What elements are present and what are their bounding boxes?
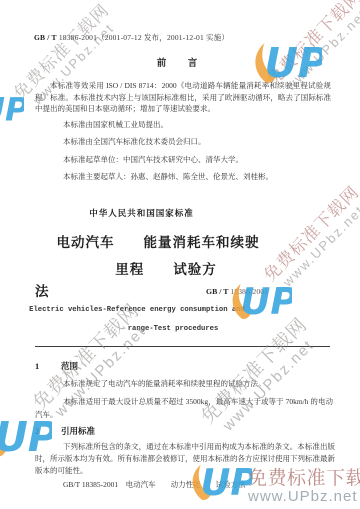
foreword-item-proposer: 本标准由国家机械工业局提出。: [63, 116, 273, 133]
foreword-paragraph: 本标准等效采用 ISO / DIS 8714：2000《电动道路车辆能量消耗率和…: [35, 80, 331, 115]
foreword-item-committee: 本标准由全国汽车标准化技术委员会归口。: [63, 133, 273, 150]
standard-title-line3: 法: [35, 280, 49, 300]
foreword-item-drafters: 本标准主要起草人：孙惠、赵静炜、陈全世、伦景光、刘桂彬。: [63, 168, 273, 185]
standard-number: GB / T 18386-2001: [206, 287, 268, 296]
national-standard-label: 中华人民共和国国家标准: [0, 207, 283, 219]
section-1-heading: 1范围: [35, 360, 78, 372]
foreword-item-drafting-org: 本标准起草单位：中国汽车技术研究中心、清华大学。: [63, 151, 273, 168]
standard-number-prefix: GB / T: [206, 287, 228, 296]
section-1-title: 范围: [61, 361, 78, 371]
standard-title-line1: 电动汽车 能量消耗车和续驶: [0, 231, 316, 251]
standard-title-line2: 里程 试验方: [0, 258, 332, 278]
standard-document-page: GB / T 18386-2001（2001-07-12 发布，2001-12-…: [0, 0, 360, 509]
foreword-title: 前 言: [0, 55, 360, 69]
document-body: GB / T 18386-2001（2001-07-12 发布，2001-12-…: [0, 0, 360, 509]
section-2-number: 2: [35, 426, 61, 436]
standard-code-label: GB / T: [34, 33, 57, 42]
section-1-number: 1: [35, 361, 61, 371]
title-divider-rule: [35, 346, 330, 347]
section-1-paragraph-1: 本标准规定了电动汽车的能量消耗率和续驶里程的试验方法。: [63, 378, 266, 389]
english-title-line1: Electric vehicles-Reference energy consu…: [0, 306, 274, 314]
standard-code-dates: 18386-2001（2001-07-12 发布，2001-12-01 实施）: [59, 33, 229, 42]
foreword-item-list: 本标准由国家机械工业局提出。 本标准由全国汽车标准化技术委员会归口。 本标准起草…: [63, 116, 273, 186]
section-2-paragraph-1: 下列标准所包含的条文，通过在本标准中引用而构成为本标准的条文。本标准出版时，所示…: [35, 441, 335, 477]
standard-code-header: GB / T 18386-2001（2001-07-12 发布，2001-12-…: [34, 32, 229, 43]
standard-number-value: 18386-2001: [230, 287, 268, 296]
section-2-reference: GB/T 18385-2001 电动汽车 动力性能 试验方法: [63, 479, 246, 490]
section-2-heading: 2引用标准: [35, 425, 95, 437]
english-title-line2: range-Test procedures: [0, 325, 346, 333]
section-2-title: 引用标准: [61, 426, 95, 436]
section-1-paragraph-2: 本标准适用于最大设计总质量不超过 3500kg，最高车速大于或等于 70km/h…: [35, 395, 333, 421]
